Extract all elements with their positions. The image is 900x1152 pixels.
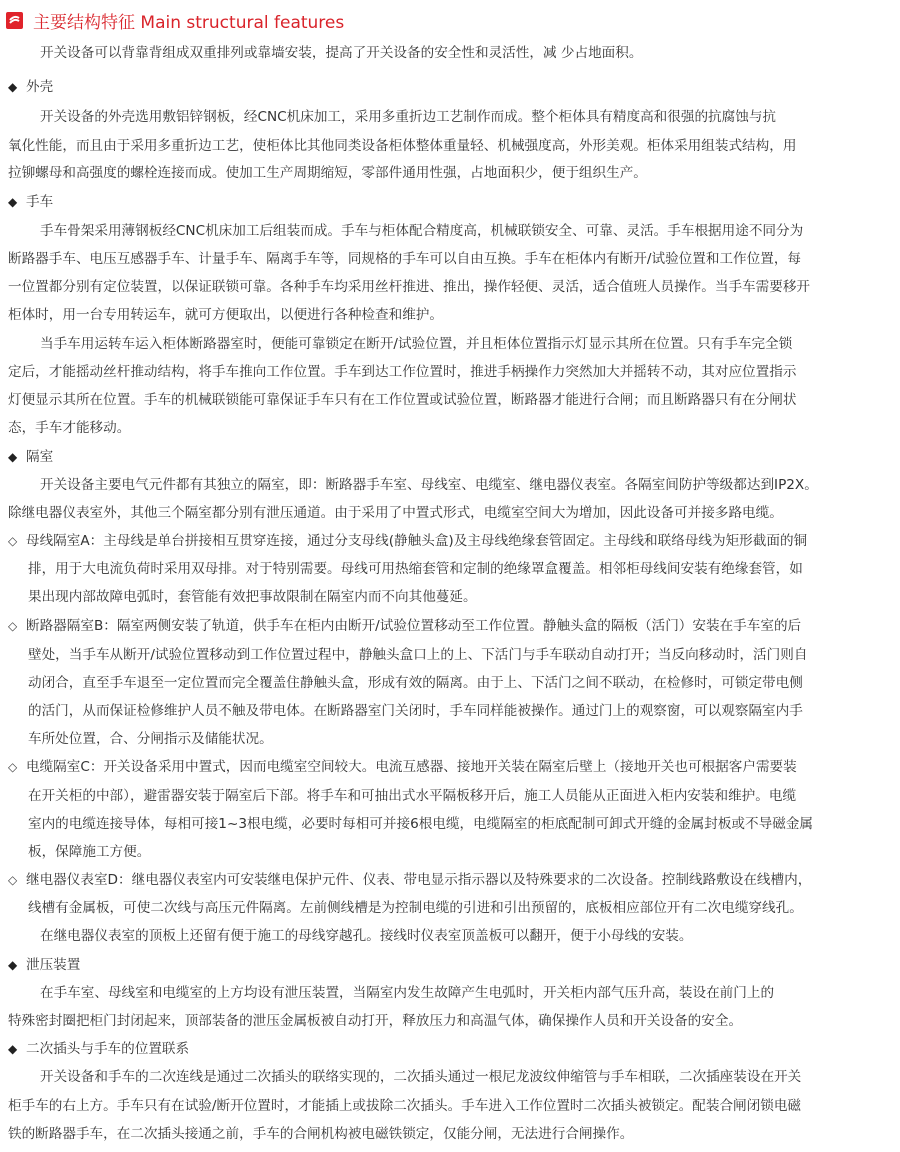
outline-diamond-icon: ◇ [8, 616, 26, 636]
paragraph-line: 开关设备的外壳选用敷铝锌钢板，经CNC机床加工，采用多重折边工艺制作而成。整个柜… [40, 107, 776, 127]
paragraph-line: 排，用于大电流负荷时采用双母排。对于特别需要。母线可用热缩套管和定制的绝缘罩盒覆… [28, 559, 803, 579]
section-title: 外壳 [26, 77, 53, 97]
paragraph-line: 开关设备和手车的二次连线是通过二次插头的联络实现的，二次插头通过一根尼龙波纹伸缩… [40, 1067, 801, 1087]
paragraph-line: 车所处位置，合、分闸指示及储能状况。 [28, 729, 273, 749]
filled-diamond-icon: ◆ [8, 77, 26, 97]
section-heading-shell: ◆ 外壳 [8, 77, 53, 97]
paragraph-line: 开关设备主要电气元件都有其独立的隔室，即：断路器手车室、母线室、电缆室、继电器仪… [40, 475, 818, 495]
paragraph-line: 板，保障施工方便。 [28, 842, 150, 862]
outline-diamond-icon: ◇ [8, 531, 26, 551]
filled-diamond-icon: ◆ [8, 192, 26, 212]
section-title: 二次插头与手车的位置联系 [26, 1039, 189, 1059]
paragraph-line: 在继电器仪表室的顶板上还留有便于施工的母线穿越孔。接线时仪表室顶盖板可以翻开，便… [40, 926, 693, 946]
paragraph-line: 氧化性能，而且由于采用多重折边工艺，使柜体比其他同类设备柜体整体重量轻、机械强度… [8, 136, 796, 156]
paragraph-line: 动闭合，直至手车退至一定位置而完全覆盖住静触头盒，形成有效的隔离。由于上、下活门… [28, 673, 803, 693]
paragraph-line: 铁的断路器手车，在二次插头接通之前，手车的合闸机构被电磁铁锁定，仅能分闸，无法进… [8, 1124, 633, 1144]
paragraph-line: 灯便显示其所在位置。手车的机械联锁能可靠保证手车只有在工作位置或试验位置，断路器… [8, 390, 796, 410]
paragraph-line: 果出现内部故障电弧时，套管能有效把事故限制在隔室内而不向其他蔓延。 [28, 587, 477, 607]
paragraph-line: 的活门，从而保证检修维护人员不触及带电体。在断路器室门关闭时，手车同样能被操作。… [28, 701, 803, 721]
paragraph-line: 在开关柜的中部），避雷器安装于隔室后下部。将手车和可抽出式水平隔板移开后，施工人… [28, 786, 796, 806]
outline-diamond-icon: ◇ [8, 757, 26, 777]
section-title: 泄压装置 [26, 955, 80, 975]
section-title: 隔室 [26, 447, 53, 467]
paragraph-line: 继电器仪表室D：继电器仪表室内可安装继电保护元件、仪表、带电显示指示器以及特殊要… [26, 870, 811, 890]
paragraph-line: 柜体时，用一台专用转运车，就可方便取出，以便进行各种检查和维护。 [8, 305, 443, 325]
paragraph-line: 室内的电缆连接导体，每相可接1~3根电缆，必要时每相可并接6根电缆，电缆隔室的柜… [28, 814, 813, 834]
sub-item-cable-compartment: ◇ 电缆隔室C：开关设备采用中置式，因而电缆室空间较大。电流互感器、接地开关装在… [8, 757, 797, 777]
paragraph-line: 在手车室、母线室和电缆室的上方均设有泄压装置，当隔室内发生故障产生电弧时，开关柜… [40, 983, 774, 1003]
section-heading-compartment: ◆ 隔室 [8, 447, 53, 467]
paragraph-line: 除继电器仪表室外，其他三个隔室都分别有泄压通道。由于采用了中置式形式，电缆室空间… [8, 503, 783, 523]
paragraph-line: 特殊密封圈把柜门封闭起来，顶部装备的泄压金属板被自动打开，释放压力和高温气体，确… [8, 1011, 742, 1031]
section-heading-secondary-plug: ◆ 二次插头与手车的位置联系 [8, 1039, 189, 1059]
paragraph-line: 断路器手车、电压互感器手车、计量手车、隔离手车等，同规格的手车可以自由互换。手车… [8, 249, 801, 269]
page-title: 主要结构特征 Main structural features [33, 8, 344, 33]
paragraph-line: 态，手车才能移动。 [8, 418, 130, 438]
paragraph-line: 壁处，当手车从断开/试验位置移动到工作位置过程中，静触头盒口上的上、下活门与手车… [28, 645, 807, 665]
paragraph-line: 线槽有金属板，可使二次线与高压元件隔离。左前侧线槽是为控制电缆的引进和引出预留的… [28, 898, 803, 918]
sub-item-relay-compartment: ◇ 继电器仪表室D：继电器仪表室内可安装继电保护元件、仪表、带电显示指示器以及特… [8, 870, 811, 890]
section-heading-pressure-relief: ◆ 泄压装置 [8, 955, 80, 975]
paragraph-line: 断路器隔室B：隔室两侧安装了轨道，供手车在柜内由断开/试验位置移动至工作位置。静… [26, 616, 801, 636]
section-title: 手车 [26, 192, 53, 212]
section-header: 主要结构特征 Main structural features [6, 8, 344, 32]
paragraph-line: 母线隔室A：主母线是单台拼接相互贯穿连接，通过分支母线(静触头盒)及主母线绝缘套… [26, 531, 807, 551]
section-heading-truck: ◆ 手车 [8, 192, 53, 212]
filled-diamond-icon: ◆ [8, 447, 26, 467]
paragraph-line: 柜手车的右上方。手车只有在试验/断开位置时，才能插上或拔除二次插头。手车进入工作… [8, 1096, 801, 1116]
paragraph-line: 手车骨架采用薄钢板经CNC机床加工后组装而成。手车与柜体配合精度高，机械联锁安全… [40, 221, 803, 241]
paragraph-line: 当手车用运转车运入柜体断路器室时，便能可靠锁定在断开/试验位置，并且柜体位置指示… [40, 334, 792, 354]
sub-item-breaker-compartment: ◇ 断路器隔室B：隔室两侧安装了轨道，供手车在柜内由断开/试验位置移动至工作位置… [8, 616, 801, 636]
filled-diamond-icon: ◆ [8, 1039, 26, 1059]
paragraph-line: 定后，才能摇动丝杆推动结构，将手车推向工作位置。手车到达工作位置时，推进手柄操作… [8, 362, 796, 382]
paragraph-line: 电缆隔室C：开关设备采用中置式，因而电缆室空间较大。电流互感器、接地开关装在隔室… [26, 757, 797, 777]
filled-diamond-icon: ◆ [8, 955, 26, 975]
outline-diamond-icon: ◇ [8, 870, 26, 890]
brand-logo-icon [6, 12, 23, 29]
intro-paragraph: 开关设备可以背靠背组成双重排列或靠墙安装，提高了开关设备的安全性和灵活性，减 少… [40, 43, 642, 63]
sub-item-busbar-compartment: ◇ 母线隔室A：主母线是单台拼接相互贯穿连接，通过分支母线(静触头盒)及主母线绝… [8, 531, 807, 551]
paragraph-line: 拉铆螺母和高强度的螺栓连接而成。使加工生产周期缩短，零部件通用性强，占地面积少，… [8, 163, 647, 183]
paragraph-line: 一位置都分别有定位装置，以保证联锁可靠。各种手车均采用丝杆推进、推出，操作轻便、… [8, 277, 810, 297]
